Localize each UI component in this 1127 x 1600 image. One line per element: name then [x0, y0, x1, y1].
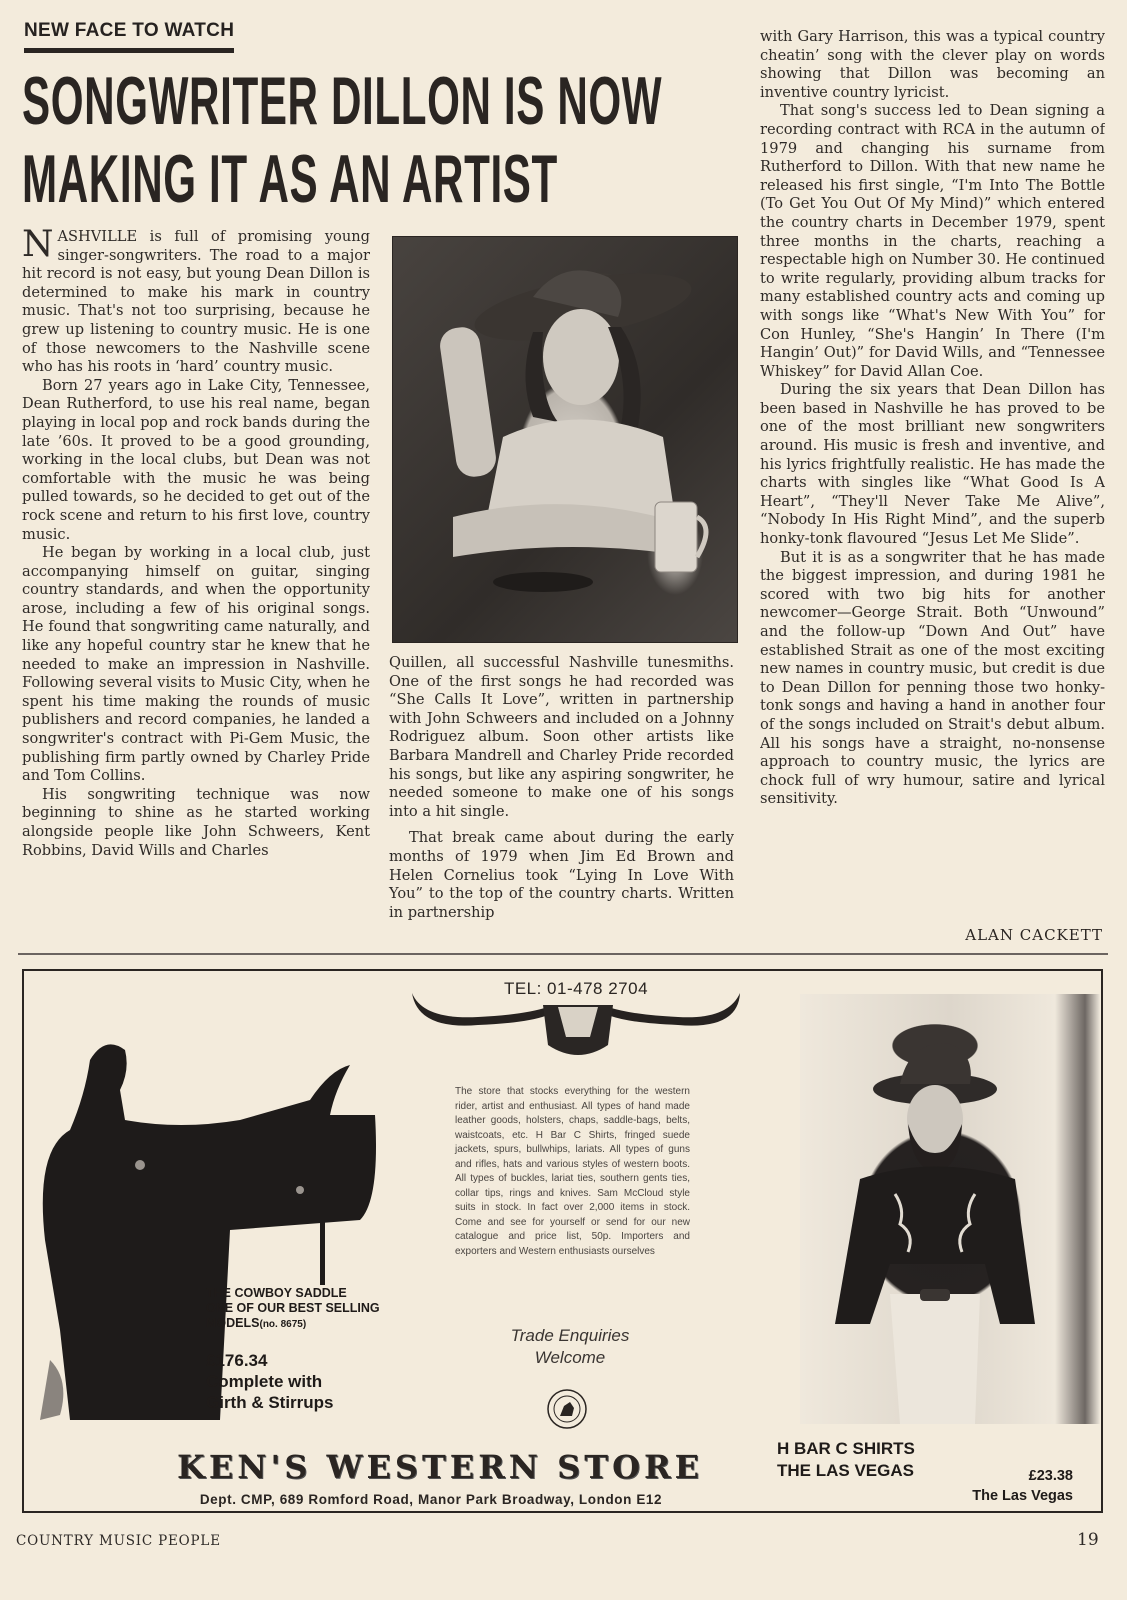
saddle-price: £176.34	[206, 1350, 334, 1371]
section-divider	[18, 953, 1108, 955]
article-paragraph: That break came about during the early m…	[389, 829, 734, 922]
article-paragraph: NASHVILLE is full of promising young sin…	[22, 228, 370, 377]
headline-line-2: MAKING IT AS AN ARTIST	[22, 140, 468, 218]
store-name: KEN'S WESTERN STORE	[160, 1448, 720, 1486]
article-paragraph: But it is as a songwriter that he has ma…	[760, 549, 1105, 809]
trade-enquiries: Trade Enquiries Welcome	[470, 1325, 670, 1369]
section-kicker: NEW FACE TO WATCH	[24, 20, 234, 53]
rodeo-seal-icon	[546, 1388, 588, 1430]
shirt-price: £23.38	[950, 1466, 1073, 1486]
article-paragraph: During the six years that Dean Dillon ha…	[760, 381, 1105, 548]
saddle-price-block: £176.34 Complete with Girth & Stirrups	[206, 1350, 334, 1413]
shirt-price-block: £23.38 The Las Vegas	[950, 1466, 1073, 1506]
article-paragraph: That song's success led to Dean signing …	[760, 102, 1105, 381]
article-headline: SONGWRITER DILLON IS NOW MAKING IT AS AN…	[22, 62, 468, 218]
drop-cap: N	[22, 230, 54, 260]
store-address: Dept. CMP, 689 Romford Road, Manor Park …	[136, 1492, 726, 1507]
headline-line-1: SONGWRITER DILLON IS NOW	[22, 62, 468, 140]
cowboy-shirt-model-icon	[800, 994, 1100, 1424]
article-column-3: with Gary Harrison, this was a typical c…	[760, 28, 1105, 809]
cowboy-portrait-icon	[393, 237, 737, 642]
article-paragraph: He began by working in a local club, jus…	[22, 544, 370, 786]
article-column-2: Quillen, all successful Nashville tunesm…	[389, 654, 734, 922]
shirt-model-photo	[800, 994, 1100, 1424]
article-paragraph: Quillen, all successful Nashville tunesm…	[389, 654, 734, 821]
author-byline: ALAN CACKETT	[965, 926, 1103, 944]
publication-name: COUNTRY MUSIC PEOPLE	[16, 1533, 221, 1549]
page-number: 19	[1077, 1530, 1099, 1550]
shirt-title: H BAR C SHIRTS THE LAS VEGAS	[777, 1438, 915, 1482]
saddle-description: THE COWBOY SADDLE ONE OF OUR BEST SELLIN…	[206, 1286, 380, 1332]
article-paragraph: Born 27 years ago in Lake City, Tennesse…	[22, 377, 370, 544]
article-paragraph: His songwriting technique was now beginn…	[22, 786, 370, 860]
article-paragraph: with Gary Harrison, this was a typical c…	[760, 28, 1105, 102]
store-telephone: TEL: 01-478 2704	[420, 979, 732, 999]
article-column-1: NASHVILLE is full of promising young sin…	[22, 228, 370, 860]
artist-photo	[392, 236, 738, 643]
store-description: The store that stocks everything for the…	[455, 1085, 690, 1259]
